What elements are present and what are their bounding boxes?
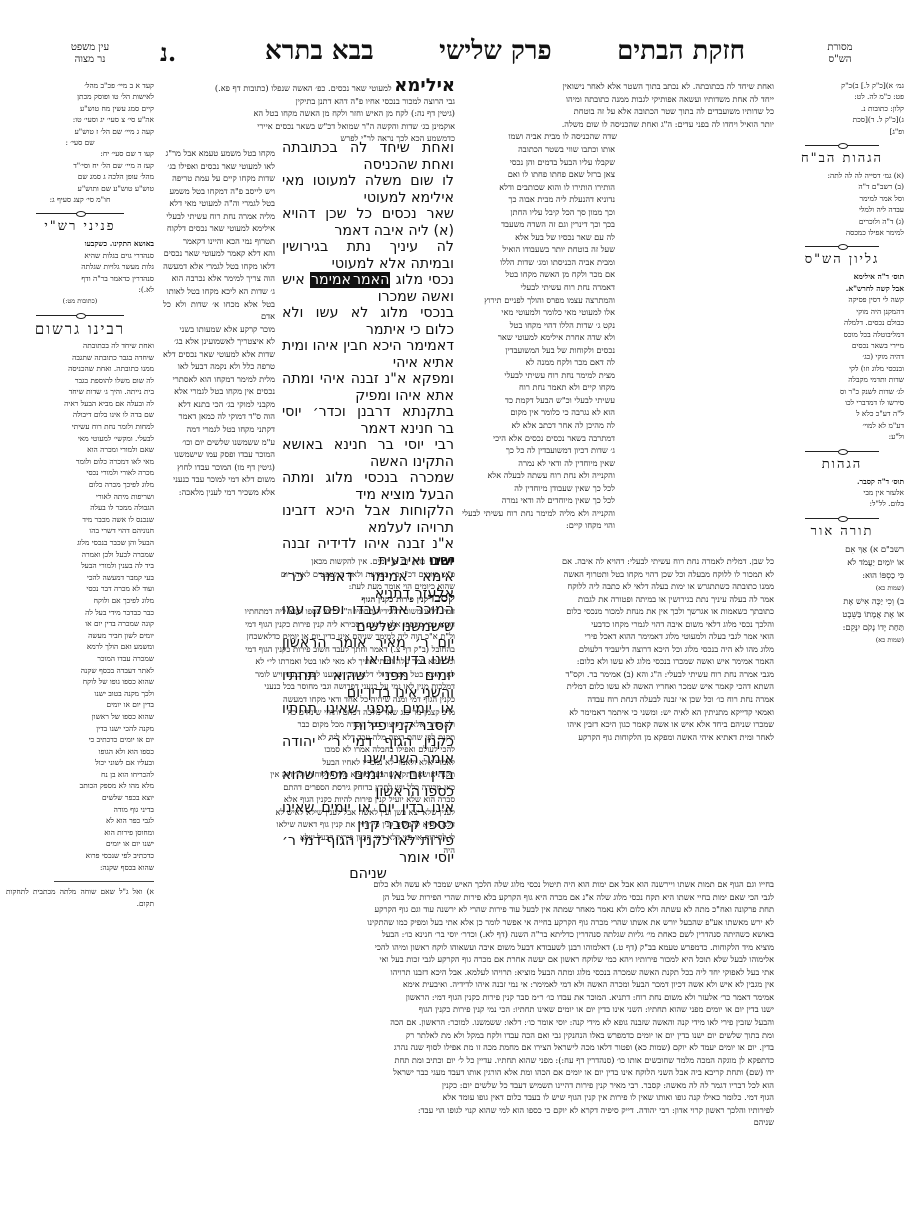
text-line: ולכך מקנה בטוב ישנו (6, 688, 154, 700)
text-line: חנוניהם דהוי דשרי בהו (6, 525, 154, 537)
right-margin: גמ׳ א)[כ"ק ל.] ב)כ"ק פט: כ"מ לה. לט: קלו… (780, 80, 904, 647)
pninei-line: סנהדרי גוים בגלות שהיא (6, 250, 154, 261)
text-line: בחייו וגם הגוף אם תמות אשתו ויירשנה הוא … (163, 878, 774, 891)
gilyon-hashas: תוס׳ ד"ה אילימא אבל קשה לחרש"א. קשה לי ד… (780, 271, 904, 442)
chapter-name: חזקת הבתים (617, 36, 745, 66)
pninei-source: (כתובות מט:) (6, 296, 154, 307)
text-line: הוא לא נגרבה כי כלומר אין מקום (462, 406, 615, 419)
text-line: לבעלי. ומקשי׳ למעוטי מאי (6, 433, 154, 445)
gilyon-line: דהמקנן היה מוקי (780, 306, 904, 317)
highlighted-word[interactable]: אמימר (310, 272, 352, 288)
text-line: מקחו קיים ולא תאמר נחת רוח (462, 381, 615, 394)
text-line: אמרה נחת רוח כו׳ וכל שכן אי זבנה לבעלה ד… (462, 693, 774, 706)
text-line: יומים לשון חביר מעשה (6, 630, 154, 642)
text-line: מלא מהו לא מספק הכותב (6, 780, 154, 792)
text-line: שאין מיוחדין לה ודאי לא נמרה (462, 457, 615, 470)
text-line: שנכנס לו אשה מכבר מיד (6, 514, 154, 526)
gilyon-line: לג׳ שדות לשנק כ"ר וס (780, 386, 904, 397)
text-line: השתא דהכי קאמר איש שמכר ואחריו האשה לא ע… (462, 680, 774, 693)
text-line: בהחובל (ב"ק דף צ.) דאמר וחתך לעבד חשוב פ… (163, 643, 455, 656)
tosafot-bottom: ישנובדין יום או יומים. אין להקשות מכאןכ"… (163, 555, 455, 856)
text-line: מלית למימר דמקחו הוא לאסתרי (163, 373, 275, 386)
text-line: וכך ממון סך הכל קיבל עליו החתן (462, 206, 615, 219)
gemara-line: לה עיניך נתת בגירושין ובמיתה אלא למעוטי (282, 239, 454, 272)
gemara-line: נכסי מלוג האמראמימר איש ואשה שמכרו (282, 272, 454, 305)
text-line: דמי. דלאו משום דלדידיה תחתיו ה"נ כתיב כס… (163, 605, 455, 618)
ornament-divider (805, 246, 879, 247)
gemara-text-span: נכסי מלוג (396, 272, 454, 288)
ein-mishpat: קעד א ב מיי׳ פכ"ב מהל׳ לאישות הל׳ טו ופו… (6, 80, 154, 205)
text-line: לגבי כפר הוא לא (6, 815, 154, 827)
text-line: ומת בתוך שלשים יום ישנו בדין יום או יומי… (163, 1029, 774, 1042)
text-line: והלכך נכסי מלוג דלאי משום איבה דהוי לגמר… (462, 618, 774, 631)
text-line: דמלכות מנין לאו נמי על כנעני דפרושה וגבי… (163, 680, 455, 693)
text-line: תקנת אושא דתקנו שהבעל מוציא מיד הלקוחות … (163, 768, 455, 781)
gilyon-line: סירשו לו דמדברי לכו (780, 397, 904, 408)
rashbam-column: אותו וכתבו שווי בשטר הכתובהשקבלו עליו הב… (462, 143, 615, 532)
text-line: לא תמכור לו ללוקח מבעלה וכל שכן דהוי מקח… (462, 568, 774, 581)
text-line: כל שבן. דמלית לאמרה נחת רוח עשיתי לבעלי:… (462, 555, 774, 568)
rashbam-line: ואחת שיחד לה בכתובתה. לא נכתב בתוך השטר … (462, 80, 774, 93)
text-line: טרפה כלל ולא נקמה דבעל לאו (163, 360, 275, 373)
text-line: לו לחירות או נמי דלא דמי הכיון פירות דבע… (163, 831, 455, 844)
ornament-divider (805, 451, 879, 452)
ornament-divider (36, 213, 125, 214)
text-line: אלא משכיר דמי לענין מלאכה: (163, 486, 275, 499)
rabbeinu-gershom-title: רבינו גרשום (6, 320, 154, 338)
tosafot-line: (גיטין דף נה:) לקח מן האיש וחזר ולקח מן … (163, 107, 455, 120)
torah-or-line: אוֹ אֶת אֲמָתוֹ בַּשֵּׁבֶט (780, 608, 904, 621)
ein-mishpat-line: קעו ד שם סעי׳ יח: (6, 148, 154, 159)
ner-mitzvah-title: נר מצוה (50, 54, 130, 66)
ein-mishpat-line: קיים סמג עשין מח טוש"ע (6, 103, 154, 114)
text-line: והא דלא קאמר למעוטי שאר נכסים (163, 247, 275, 260)
text-line: והקנייה ולא מליה למימר נחת רוח עשיתי לבע… (462, 507, 615, 532)
text-line: דמתרבה בשאר נכסים נכסים אלא היכי (462, 432, 615, 445)
hagahot-habach: (א) גמ׳ דסייה לה לה לתה: (ב) רשב"ם ד"ה ו… (780, 170, 904, 238)
text-line: מצית למימר נחת רוח עשיתי לבעלי (462, 369, 615, 382)
text-line: באושא כשהיתה סנהדרין לשם כאחת מי׳ גליות … (163, 928, 774, 941)
text-line: שהוא כספו של ראשון (6, 711, 154, 723)
masoret-line: קלון: כתובות נ. (780, 103, 904, 114)
text-line: מרב קצמן מר כנג שאר מלכה דכחם ותוהי שינח… (163, 706, 455, 719)
ein-mishpat-title: עין משפט (50, 42, 130, 54)
rashbam-intro: ואחת שיחד לה בכתובתה. לא נכתב בתוך השטר … (462, 80, 774, 143)
text-line: שהוא בכסף שקנה: (6, 862, 154, 874)
text-line: להכריחו הוא בן נח (6, 769, 154, 781)
text-line: בעי קמבר דמעשה להכי (6, 572, 154, 584)
text-line: ושריפות מיתה לאורי (6, 491, 154, 503)
text-line: יום או יומים כדכתיב כי (6, 734, 154, 746)
ein-mishpat-line: שם סעי׳ : (6, 137, 154, 148)
text-line: אין מגבין לא איש ולא אשה דכיון דמכר הבעל… (163, 978, 774, 991)
pninei-rashi-title: פניני רש"י (6, 218, 154, 236)
hagahot-line: וסל אמר למימר (780, 193, 904, 204)
torah-or-source: (שמות כא) (780, 582, 904, 595)
text-line: ג׳ שדות דכיון דמשועבדין לה כל כך (462, 444, 615, 457)
hagahot-line: (ב) רשב"ם ד"ה (780, 181, 904, 192)
torah-or: רשב"ם א) אַךְ אִם אוֹ יוֹמַיִם יַעֲמֹד ל… (780, 543, 904, 647)
text-line: הואי אמר לגבי בעלה ולמעוטי מלוג דאמימר ה… (462, 630, 774, 643)
text-line: לא איצטריך לאשמועינן אלא בג׳ (163, 335, 275, 348)
gilyon-line: כבולם נכסים. דלמלה (780, 317, 904, 328)
text-line: קנין פירות כקנין הגוף (361, 594, 428, 604)
ein-mishpat-line: קעד א ב מיי׳ פכ"ב מהל׳ (6, 80, 154, 91)
gemara-line: שאר נכסים כל שכן דהויא (א) ליה איבה דאמר (282, 206, 454, 239)
ornament-divider (805, 518, 879, 519)
text-line: ומחוסן פירות הוא (6, 827, 154, 839)
tosafot-lead-word: אילימא (394, 75, 455, 96)
text-line: ואמאי קדייקא מתניתין הא לאיה יש: ומשני כ… (462, 706, 774, 719)
tosafot: אילימא למעוטי שאר נכסים. כפ׳ האשה שנפלו … (163, 80, 455, 145)
text-line: שמכרה עבדו המוכר (6, 653, 154, 665)
text-line: לה ובעלה אם מביא הבעל ראיה (6, 398, 154, 410)
text-line: בכך וכך דינרין וגם זה השדה משעבד (462, 218, 615, 231)
gilyon-line: דהיה מוקי (כג׳ (780, 351, 904, 362)
gemara-line: בנכסי מלוג לא עשו ולא כלום כי איתמר (282, 305, 454, 338)
rashbam-line: יותר הואיל ויחדו לה בפני עדים: ה"ג ואחת … (462, 118, 774, 131)
text-line: ועוד לא מכרה דבר נכסי (6, 583, 154, 595)
ornament-divider (805, 145, 879, 146)
text-line: אלו למעוטי מאי כלומר ולמעוטי מאי (462, 306, 615, 319)
text-line: מוציא מיד הלקוחות. כדמפרש טעמא בב"ק (דף … (163, 941, 774, 954)
text-line: שהוא כספו גופו של לוקח (6, 676, 154, 688)
torah-or-line: תַּחַת יָדוֹ נָקֹם יִנָּקֵם: (780, 621, 904, 634)
text-line: שמכרה לבעל ולכן ואמרה (6, 549, 154, 561)
text-line: מאי לאו דמכרה כלום ולומר (6, 456, 154, 468)
text-line: לגבי הכי שאם ימות בחיי אשתו היא תקח נכסי… (163, 891, 774, 904)
text-line: ג׳ שדות הא ליכא מקחו בטל לאותו (163, 285, 275, 298)
rashbam-bottom: כל שבן. דמלית לאמרה נחת רוח עשיתי לבעלי:… (462, 555, 774, 743)
text-line: מוכר קרקע אלא שמעותו בשני (163, 323, 275, 336)
text-line: דאמרה נחת רוח עשיתי לבעלי (462, 281, 615, 294)
text-line: אותו וכתבו שווי בשטר הכתובה (462, 143, 615, 156)
gilyon-line: שדות ותדמי מקבלה (780, 374, 904, 385)
rashbam-line: ייחד לה אחת משדותיו ועשאה אפותיקי לגבות … (462, 93, 774, 106)
ein-mishpat-line: לאישות הל׳ טו ופוסק מכתן (6, 91, 154, 102)
hagahot: תוס׳ ד"ה קסבר. אלעזר אין מבי בלום. לל"ל: (780, 476, 904, 510)
text-line: לאו למעוטי שאר נכסים ואפילו בג׳ (163, 160, 275, 173)
text-line: ישנו בדין יום או יומים מפני שהוא תחתיו: … (163, 1003, 774, 1016)
text-line: ולא מהני אלא כי קיצור בכל השדה מכל מקום … (163, 718, 455, 731)
text-line: ע"מ ששמשנו שלשים יום וכו׳ (163, 436, 275, 449)
text-line: הגבולה ממכר לו בעלה (6, 502, 154, 514)
gilyon-hashas-title: גליון הש"ס (780, 251, 904, 269)
text-line: סברה הוא שלא יועיל קנין פירות להיות כקני… (163, 793, 455, 806)
gemara-line: בתקנתא דרבנן וכדר׳ יוסי בר חנינא דאמר (282, 404, 454, 437)
text-line: דלאו מקחו בטל לגמרי אלא דמעשה (163, 260, 275, 273)
tosafot-line: אוקמינן בג׳ שדות והקשה ה"ר שמואל דכ"ש בש… (163, 120, 455, 133)
text-line: למחות ולומר נחת רוח עשיתי (6, 421, 154, 433)
rabbeinu-gershom: ואחת שיחד לה בכתובתהשיחדה בגבר כתובתה שת… (6, 340, 154, 873)
hagahot-line: (א) גמ׳ דסייה לה לה לתה: (780, 170, 904, 181)
footnote: א) ואל ג"ל שאם שוחה מלתה מכתבית לתחקות ת… (6, 886, 154, 909)
hagahot2-line: תוס׳ ד"ה קסבר. (780, 476, 904, 487)
text-line: לה דאם מכר ולקח ממנה לא (462, 356, 615, 369)
pninei-line: לא.): (6, 284, 154, 295)
text-line: יוצא בכפר שלשים (6, 792, 154, 804)
gilyon-line: ובנכסי מלוג וזו) לקי (780, 363, 904, 374)
text-line: והקנייה ולא נחת רוח עשתה לבעלה אלא (462, 469, 615, 482)
text-line: מקבני למוקי בג׳ הכי בתנא דלא (163, 398, 275, 411)
text-line: דקתני מקחו בטל לגמרי דמה (163, 423, 275, 436)
text-line: מליה אמרה נחת רוח עשיתי לבעלי (163, 210, 275, 223)
hagahot-line: עבדה ליה ולמלי (780, 204, 904, 215)
text-line: כתובתך כשאמות או אגרשך ולכך אין את מנחת … (462, 605, 774, 618)
text-line: כבר כבדבר מידי בעל לה (6, 607, 154, 619)
text-line: ויש לייסב פ"ה דמקחו בטל משמע (163, 185, 275, 198)
text-line: לענין שלא יצא בשן ועין לאשה אבל לענין שי… (163, 806, 455, 819)
text-line: הותירו הותירו לו והוא שכותבים ודלא (462, 181, 615, 194)
torah-or-source: (שמות כא) (780, 634, 904, 647)
text-line: שאם ולמורי ומכרה הוא (6, 444, 154, 456)
text-line: אתי בעל לאפוקי יחד ליה בכל תקנת האשה שמכ… (163, 966, 774, 979)
text-line: ואחת שיחד לה בכתובתה (6, 340, 154, 352)
text-line: מכרה לאורי ולמורי נכסי (6, 467, 154, 479)
gilyon-line: דע"מ לא למוי׳ (780, 420, 904, 431)
text-line: שעל זה בוטחת יותר בשעבודו הואיל (462, 243, 615, 256)
text-line: בטל לגמרי וה"ה למעוטי מאי דלא (163, 197, 275, 210)
masoret-title: מסורת (780, 42, 900, 54)
text-line: כאן מכירה כלל ויש לתרץ בדוחק גירסת הספרי… (163, 781, 455, 794)
left-margin: קעד א ב מיי׳ פכ"ב מהל׳ לאישות הל׳ טו ופו… (6, 80, 154, 909)
text-line: קונה שמכרה בדין יום או (6, 618, 154, 630)
text-line: היה (163, 844, 455, 857)
text-line: אילימא למעוטי שאר נכסים דלקוח (163, 222, 275, 235)
text-line: בדין. יום או יומים יעמד לא יוקם (שמות כא… (163, 1041, 774, 1054)
text-line: ומ"מ לא סמך עלה ומיתי אתיך לא מאי לאו בט… (163, 655, 455, 668)
ein-mishpat-line: מהל׳ עופן הלכה ג סמג שם (6, 171, 154, 182)
text-line: ובעליו אם לשוני יכול (6, 757, 154, 769)
text-line: ישנו יום או יומים (6, 838, 154, 850)
text-line: נכסים ולקוחות של בעל המשועבדין (462, 344, 615, 357)
text-line: בטל אלא מכחו א׳ שדות ולא כל אדם (163, 298, 275, 323)
text-line: כ"ש ביומים דכ"י פי׳ בפרשת ולאה המשפטים ל… (163, 568, 455, 581)
gemara-line: דאמימר היכא חבין איהו ומית אתיא איהי (282, 338, 454, 371)
tractate-name: בבא בתרא (265, 36, 374, 66)
gilyon-line: ול"ע: (780, 431, 904, 442)
ornament-divider (36, 315, 125, 316)
chapter-number: פרק שלישי (439, 36, 552, 66)
gilyon-line: אבל קשה לחרש"א. (780, 283, 904, 294)
ein-mishpat-line: אה"ע סי׳ צ סעי׳ יג וסעי׳ טו: (6, 114, 154, 125)
ein-mishpat-line: טוש"ע טוש"ע שם ותוש"ע (6, 183, 154, 194)
text-line: ומבית אביה הכניסתו ומג׳ שדות הללו (462, 256, 615, 269)
text-line: שהוא כיומים הוי אומר מעת לעת: (163, 580, 455, 593)
tosafot-line: אילימא למעוטי שאר נכסים. כפ׳ האשה שנפלו … (163, 80, 455, 95)
gilyon-line: ל"ה דע"כ כלא ל (780, 408, 904, 419)
hagahot-title: הגהות (780, 456, 904, 474)
torah-or-title: תורה אור (780, 523, 904, 541)
gilyon-line: דמליבוטלה בכל מוכס (780, 329, 904, 340)
rashbam-line: שדה שהכניסה לו מבית אביה ושמו (462, 130, 617, 143)
pninei-line: גלות מעשר גלויות שגלתה (6, 261, 154, 272)
text-line: לה מהיכן לה אחר דכתב אלא לא (462, 419, 615, 432)
text-line: קסבר (428, 591, 455, 606)
page-header: עין משפט נר מצוה נ. חזקת הבתים פרק שלישי… (0, 40, 914, 76)
text-line: ול"ת א"כ הוה ליה למימר שניהם אינן בדין י… (163, 630, 455, 643)
hagahot-line: למימר אפילו כמכסה (780, 227, 904, 238)
gilyon-line: קשה לי דסין פסיקה (780, 294, 904, 305)
text-line: שם בדה לו אינו בלום דיבולה (6, 409, 154, 421)
text-line: להכי לעולם ואפילו בחבלה אמרו לא סמכו (163, 743, 455, 756)
text-line: תטרוף נמי הכא והיינו דקאמר (163, 235, 275, 248)
torah-or-line: אוֹ יוֹמַיִם יַעֲמֹד לֹא (780, 556, 904, 569)
gemara-line: ואחת שיחד לה בכתובתה ואחת שהכניסה (282, 140, 454, 173)
text-line: מלוג לפיכך מכרה כלום (6, 479, 154, 491)
footnote-divider (54, 881, 154, 882)
text-line: לאו היכא בטל ואמרתו לי דלאו הכי שמענו לע… (163, 668, 455, 681)
hagahot-line: (ג) ד"ה ולוכרים (780, 216, 904, 227)
hashas-title: הש"ס (780, 54, 900, 66)
gemara-line: הלקוחות אבל היכא דזבינו תרויהו לעלמא (282, 503, 454, 536)
text-line: כקנין הגוף דמי ומנה שיהיה כל אחד ודאי מק… (163, 693, 455, 706)
text-line: לכל כך שאין מיוחדים לה ודאי נמרה (462, 494, 615, 507)
text-line: משום דלא דמי למוכר עבד כנעני (163, 473, 275, 486)
text-line: בדיני גוף מודה (6, 804, 154, 816)
text-line: עשיתי לבעלי וכ"ש הבעל דקמת כד (462, 394, 615, 407)
text-line: נדוניא דהנעלת ליה מבית אבוה כך (462, 193, 615, 206)
text-line: לה שום משלו להוספת בגבר (6, 375, 154, 387)
torah-or-line: ב) וְכִי יַכֶּה אִישׁ אֶת (780, 595, 904, 608)
text-line: אמימר דאמר כר׳ אלעזר ולא משום נחת רוח: ד… (163, 991, 774, 1004)
hagahot2-line: בלום. לל"ל: (780, 498, 904, 509)
masoret-line: גמ׳ א)[כ"ק ל.] ב)כ"ק (780, 80, 904, 91)
text-line: בית נייתה. והיך ג׳ שדות שיחד (6, 386, 154, 398)
tosafot-text: למעוטי שאר נכסים. כפ׳ האשה שנפלו (כתובות… (215, 83, 392, 93)
text-line: כדכתיב לפי שנכסי פרוא (6, 850, 154, 862)
hagahot2-line: אלעזר אין מבי (780, 487, 904, 498)
text-line: הוה צריך למימר אלא נכרבה הוא (163, 272, 275, 285)
text-line: שדות אלא למעוטי שאר נכסים דלא (163, 348, 275, 361)
pninei-line: סנהדרין כדאמר בר"ה ודף (6, 273, 154, 284)
text-line: שדות מקחו קיים על עמת טריפה (163, 172, 275, 185)
text-line: שקבלו עליו הבעל בדמים והן נכסי (462, 156, 615, 169)
text-line: מקנה להכי ישנו בדין (6, 723, 154, 735)
text-line: צאן ברזל שאם פחתו פחתו לו ואם (462, 168, 615, 181)
masoret-line: ופ"ג] (780, 126, 904, 137)
gemara-line: ומפקא א"נ זבנה איהי ומתה אתא איהו ומפיק (282, 371, 454, 404)
text-line: לאמרי אלא ולאמוי לא נמכריו לאחיו הבעל (163, 756, 455, 769)
text-line: דלא אתיא להפקיע קנין פירותיו את קנין גוף… (163, 818, 455, 831)
tosafot-line: גבי הרוצה למכור בנכסי אחיו פ"ה דהא דתנן … (163, 95, 455, 108)
text-line: ומשמע ואם הולך לרמא (6, 641, 154, 653)
text-line: לא ירש מאשתו אע"פ שהבעל יורש את אשתו שהר… (163, 916, 774, 929)
masoret-hashas: גמ׳ א)[כ"ק ל.] ב)כ"ק פט: כ"מ לה. לט: קלו… (780, 80, 904, 137)
text-line: הגוף דמי. כלומר כאילו קנה גופו ואותו שאי… (163, 1091, 774, 1104)
masoret-label: מסורת הש"ס (780, 42, 900, 66)
gilyon-line: מיירי בשאר נכסים (780, 340, 904, 351)
masoret-line: ג)[כ"ק ל. ד)[סכת (780, 114, 904, 125)
ein-mishpat-line: קעז ה מיי׳ שם הל׳ יח וסי׳"ד (6, 160, 154, 171)
text-line: ידו (שם) ותחת קריבא ביה אבל השני הלוקח א… (163, 1066, 774, 1079)
text-line: כדתפקא לן מוגקה המכה מלמד שחובשים אותו כ… (163, 1054, 774, 1067)
text-line: תקנת לפי שהם דומה מלה עבד דלא ליה לא (163, 731, 455, 744)
tosafot-lead-word: ישנו (429, 555, 455, 568)
hagahot-habach-title: הגהות הב"ח (780, 150, 904, 168)
pninei-line: באושא התקינו. כשקבעו (6, 238, 154, 249)
text-line: שיחדה בגבר כתובתה שתגבה (6, 352, 154, 364)
daf-number: נ. (160, 38, 176, 68)
torah-or-line: רשב"ם א) אַךְ אִם (780, 543, 904, 556)
text-line: ולא שדה אחרת אילימא למעוטי שאר (462, 331, 615, 344)
text-line: הוא לכל דבריו דגמר לה לה מאשה: קסבר. רבי… (163, 1079, 774, 1092)
torah-or-line: כִּי כַסְפּוֹ הוּא: (780, 569, 904, 582)
text-line: ממנו כתובתה כשתתגרש או ימות בעלה דלאי לא… (462, 580, 774, 593)
text-line: מקחו בטל משמע טעמא אבל מר"ג (163, 147, 275, 160)
text-line: והמתרצה עצמו מפרס והולך לפניים תירוץ (462, 294, 615, 307)
text-line: ממנו כתובתה. ואחת שהכניסה (6, 363, 154, 375)
text-line: (גיטין דף מו) המוכר עבדו לחוץ (163, 461, 275, 474)
text-line: מגבי אמרה נחת רוח עשיתי לבעלי: ה"ג והא (… (462, 668, 774, 681)
text-line: לה עם שאר נכסיו של בעל אלא (462, 231, 615, 244)
text-line: הבעל והן שכבר בנכסי מלוג (6, 537, 154, 549)
text-line: בדין יום או יומים (6, 699, 154, 711)
text-line: שניהם (163, 1116, 774, 1129)
page-title: חזקת הבתים פרק שלישי בבא בתרא (265, 36, 745, 66)
text-line: לפירותיו והלכך ראשון קרוי אדון: רבי יהוד… (163, 1104, 774, 1117)
text-line: נקט ג׳ שדות הללו דהוי מקחו בטל (462, 319, 615, 332)
rashbam-line: כל שדותיו משועבדים לה בתוך שטר הכתובה אל… (462, 105, 774, 118)
text-line: אלימוהו לבעל שלא תוכל היא למכור פירותיו … (163, 953, 774, 966)
text-line: האמר אמימר איש ואשה שמכרו בנכסי מלוג לא … (462, 655, 774, 668)
tosafot-column: מקחו בטל משמע טעמא אבל מר"גלאו למעוטי שא… (163, 147, 275, 498)
gemara-line: שמכרה בנכסי מלוג ומתה הבעל מוציא מיד (282, 470, 454, 503)
gemara-line: לו שום משלה למעוטו מאי אילימא למעוטי (282, 173, 454, 206)
text-line: הוה ס"ד דמוקי לה כמאן דאמר (163, 410, 275, 423)
pninei-rashi: באושא התקינו. כשקבעו סנהדרי גוים בגלות ש… (6, 238, 154, 306)
text-line: מלוג מהו לא היה בנכסי מלוג וכל היכא דרוצ… (462, 643, 774, 656)
ein-mishpat-line: קעה ג מיי׳ שם הל׳ ז טוש"ע (6, 126, 154, 137)
text-line: נכסים אין מקחו בטל לגמרי אלא (163, 385, 275, 398)
gilyon-line: תוס׳ ד"ה אילימא (780, 271, 904, 282)
gemara-line: רבי יוסי בר חנינא באושא התקינו האשה (282, 437, 454, 470)
ein-mishpat-line: חו"מ סי׳ קצג סעיף ג: (6, 194, 154, 205)
text-line: כספו הוא ולא הגופו (6, 746, 154, 758)
text-line: מלוג לפיכך אם ולוקח (6, 595, 154, 607)
text-line: אמר לה בעלה עיניך נתת בגירושין או במיתה … (462, 593, 774, 606)
text-line: לאתר דעבדה בכסף שקנה (6, 665, 154, 677)
text-line: המוכר עבדו ופסק עמו שישמשנו (163, 448, 275, 461)
text-line: בדין יום או יומים. אין להקשות מכאן (163, 555, 455, 568)
text-line: תחת פרקונה ואח"כ מתה לא עשתה ולא כלום ול… (163, 903, 774, 916)
rashbam-full-width: בחייו וגם הגוף אם תמות אשתו ויירשנה הוא … (163, 878, 774, 1129)
ein-mishpat-label: עין משפט נר מצוה (50, 42, 130, 66)
text-line: שמכרו שניהם ביחד אלא איש או אשה קאמר כגו… (462, 718, 774, 731)
text-line: והבעל שזבין פירי לאו מידי קנה והאשה שזבנ… (163, 1016, 774, 1029)
text-line: לאחר ומית דאתיא איהי האשה ומפקא מן הלקוח… (462, 731, 774, 744)
text-line: לכל כך שאין שעבודן מיוחדין לה (462, 482, 615, 495)
masoret-line: פט: כ"מ לה. לט: (780, 91, 904, 102)
text-line: אם מכר ולקח מן האשה מקחו בטל (462, 268, 615, 281)
text-line: דוקא טפי מכספו אלא משום דסבירא ליה קנין … (163, 618, 455, 631)
highlighted-word[interactable]: האמר (352, 272, 390, 288)
text-line: ביד לה בענין ולמורי הבעל (6, 560, 154, 572)
